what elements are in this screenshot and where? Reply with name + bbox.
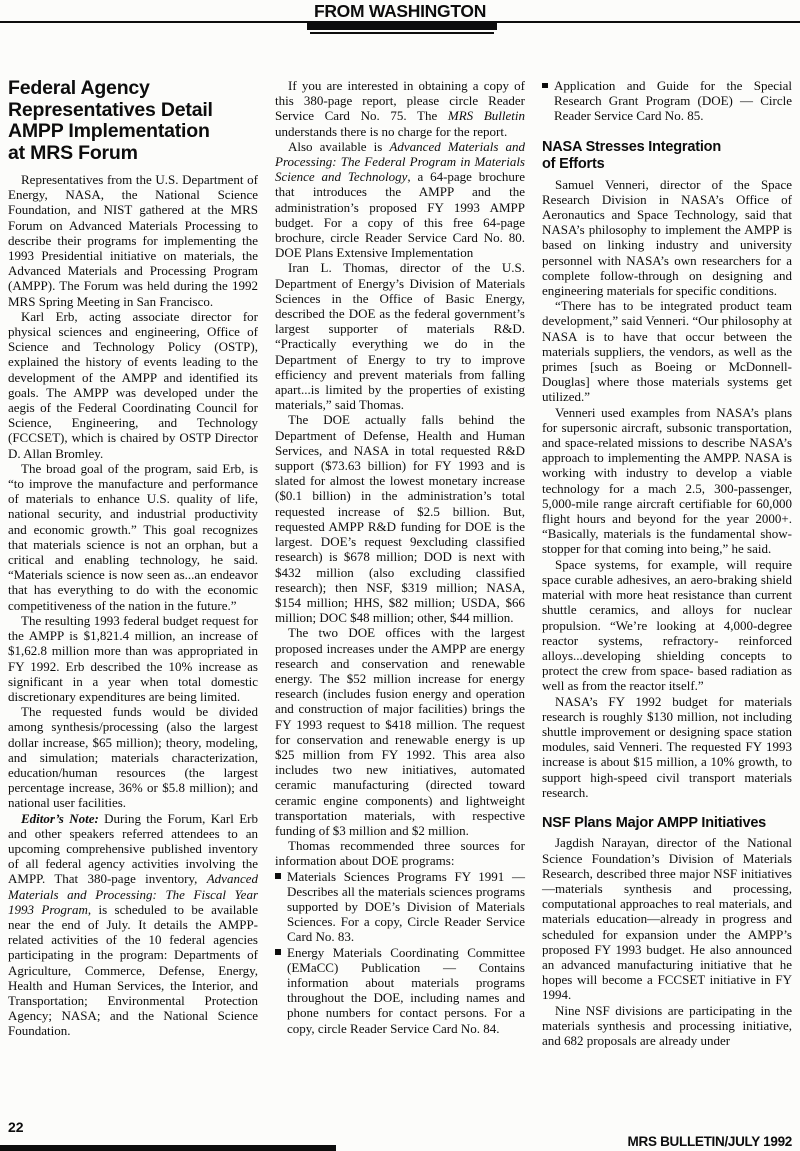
- paragraph: Jagdish Narayan, director of the Nationa…: [542, 835, 792, 1002]
- paragraph: The two DOE offices with the largest pro…: [275, 625, 525, 838]
- paragraph: The resulting 1993 federal budget reques…: [8, 613, 258, 704]
- text-run: , is scheduled to be available near the …: [8, 902, 258, 1039]
- article-headline: Federal AgencyRepresentatives DetailAMPP…: [8, 78, 258, 164]
- bullet-item: Materials Sciences Programs FY 1991 — De…: [275, 869, 525, 945]
- column-right: Application and Guide for the Special Re…: [542, 78, 792, 1048]
- header-bar: [307, 21, 497, 30]
- columns: Federal AgencyRepresentatives DetailAMPP…: [8, 78, 792, 1048]
- text-run: The resulting 1993 federal budget reques…: [8, 613, 258, 704]
- column-left: Federal AgencyRepresentatives DetailAMPP…: [8, 78, 258, 1048]
- paragraph: “There has to be integrated product team…: [542, 298, 792, 404]
- text-run: Jagdish Narayan, director of the Nationa…: [542, 835, 792, 1002]
- paragraph: The broad goal of the program, said Erb,…: [8, 461, 258, 613]
- text-run: The broad goal of the program, said Erb,…: [8, 461, 258, 613]
- bullet-square-icon: [275, 873, 281, 879]
- text-run: Thomas recommended three sources for inf…: [275, 838, 525, 868]
- paragraph: Also available is Advanced Materials and…: [275, 139, 525, 261]
- text-run: Samuel Venneri, director of the Space Re…: [542, 177, 792, 298]
- text-run: Application and Guide for the Special Re…: [554, 78, 792, 123]
- text-run: MRS Bulletin: [448, 108, 525, 123]
- text-run: “There has to be integrated product team…: [542, 298, 792, 404]
- page-number: 22: [8, 1119, 24, 1135]
- text-run: Venneri used examples from NASA’s plans …: [542, 405, 792, 557]
- paragraph: Venneri used examples from NASA’s plans …: [542, 405, 792, 557]
- paragraph: NASA’s FY 1992 budget for materials rese…: [542, 694, 792, 800]
- paragraph: Karl Erb, acting associate director for …: [8, 309, 258, 461]
- bullet-item: Application and Guide for the Special Re…: [542, 78, 792, 124]
- text-run: Energy Materials Coordinating Committee …: [287, 945, 525, 1036]
- header-underline: [310, 32, 494, 34]
- bullet-square-icon: [275, 949, 281, 955]
- paragraph: Thomas recommended three sources for inf…: [275, 838, 525, 868]
- text-run: The requested funds would be divided amo…: [8, 704, 258, 810]
- text-run: understands there is no charge for the r…: [275, 124, 507, 139]
- section-heading: NASA Stresses Integrationof Efforts: [542, 139, 792, 174]
- paragraph: The requested funds would be divided amo…: [8, 704, 258, 810]
- bullet-item: Energy Materials Coordinating Committee …: [275, 945, 525, 1036]
- text-run: The DOE actually falls behind the Depart…: [275, 412, 525, 625]
- paragraph: Editor’s Note: During the Forum, Karl Er…: [8, 811, 258, 1039]
- text-run: Iran L. Thomas, director of the U.S. Dep…: [275, 260, 525, 412]
- paragraph: Representatives from the U.S. Department…: [8, 172, 258, 309]
- text-run: Also available is: [288, 139, 389, 154]
- bullet-square-icon: [542, 83, 548, 89]
- text-run: The two DOE offices with the largest pro…: [275, 625, 525, 838]
- text-run: Space systems, for example, will require…: [542, 557, 792, 694]
- paragraph: The DOE actually falls behind the Depart…: [275, 412, 525, 625]
- column-middle: If you are interested in obtaining a cop…: [275, 78, 525, 1048]
- paragraph: Iran L. Thomas, director of the U.S. Dep…: [275, 260, 525, 412]
- journal-footer: MRS BULLETIN/JULY 1992: [628, 1134, 792, 1149]
- footer-bar: [0, 1145, 336, 1151]
- paragraph: If you are interested in obtaining a cop…: [275, 78, 525, 139]
- paragraph: Nine NSF divisions are participating in …: [542, 1003, 792, 1049]
- text-run: Representatives from the U.S. Department…: [8, 172, 258, 309]
- text-run: Nine NSF divisions are participating in …: [542, 1003, 792, 1048]
- text-run: NASA’s FY 1992 budget for materials rese…: [542, 694, 792, 800]
- section-heading: NSF Plans Major AMPP Initiatives: [542, 815, 792, 833]
- magazine-page: FROM WASHINGTON Federal AgencyRepresenta…: [0, 0, 800, 1151]
- text-run: Karl Erb, acting associate director for …: [8, 309, 258, 461]
- text-run: Materials Sciences Programs FY 1991 — De…: [287, 869, 525, 945]
- section-title: FROM WASHINGTON: [0, 1, 800, 22]
- text-run: Editor’s Note:: [21, 811, 99, 826]
- paragraph: Samuel Venneri, director of the Space Re…: [542, 177, 792, 299]
- paragraph: Space systems, for example, will require…: [542, 557, 792, 694]
